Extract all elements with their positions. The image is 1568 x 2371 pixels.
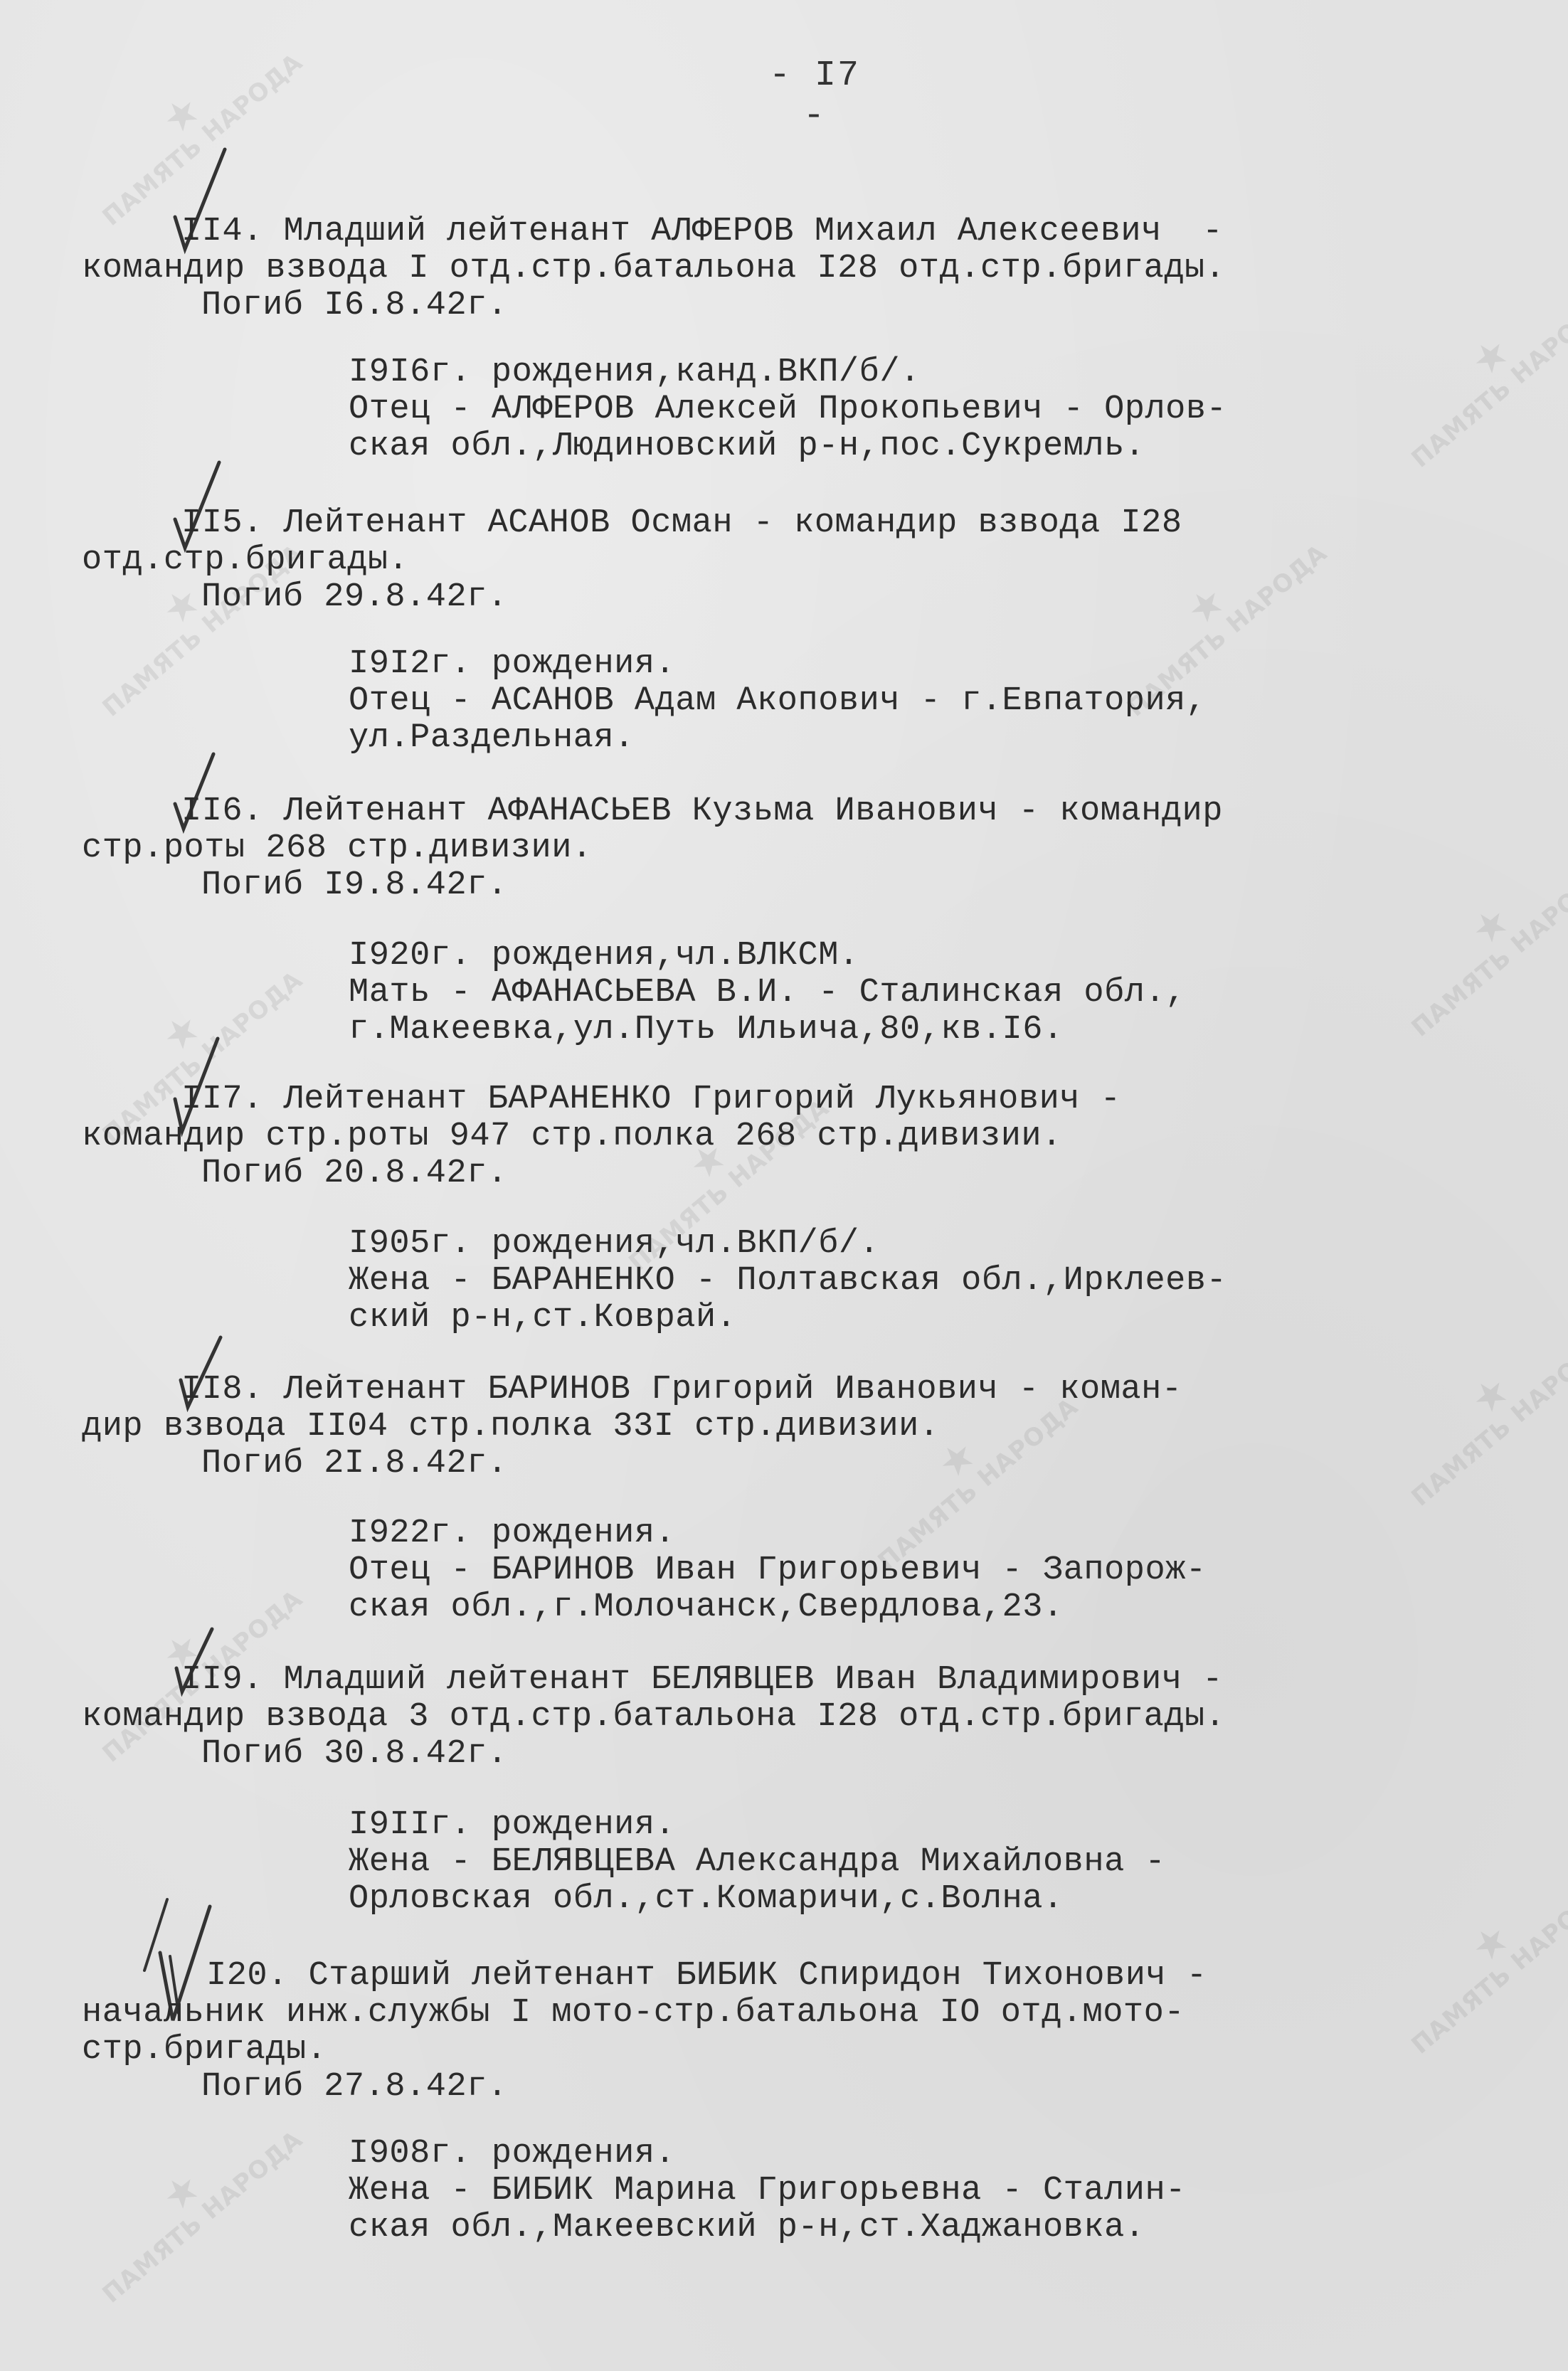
entry-heading: II7. Лейтенант БАРАНЕНКО Григорий Лукьян… bbox=[181, 1081, 1121, 1118]
entry-position-continued: стр.бригады. bbox=[82, 2032, 327, 2069]
entry-heading: II6. Лейтенант АФАНАСЬЕВ Кузьма Иванович… bbox=[181, 793, 1223, 830]
entry-position: командир взвода I отд.стр.батальона I28 … bbox=[82, 250, 1225, 287]
entry-relative: Жена - БАРАНЕНКО - Полтавская обл.,Иркле… bbox=[349, 1263, 1227, 1300]
entry-position: начальник инж.службы I мото-стр.батальон… bbox=[82, 1995, 1185, 2032]
entry-birth: I922г. рождения. bbox=[349, 1515, 675, 1552]
entry-heading: II8. Лейтенант БАРИНОВ Григорий Иванович… bbox=[181, 1372, 1182, 1409]
entry-relative: Мать - АФАНАСЬЕВА В.И. - Сталинская обл.… bbox=[349, 975, 1186, 1012]
entry-position: отд.стр.бригады. bbox=[82, 542, 408, 579]
entry-birth: I9I6г. рождения,канд.ВКП/б/. bbox=[349, 354, 921, 391]
entry-death-date: Погиб 27.8.42г. bbox=[201, 2069, 508, 2106]
entry-position: дир взвода II04 стр.полка 33I стр.дивизи… bbox=[82, 1409, 940, 1446]
entry-relative: Жена - БИБИК Марина Григорьевна - Сталин… bbox=[349, 2173, 1186, 2210]
entry-death-date: Погиб I9.8.42г. bbox=[201, 867, 508, 904]
entry-relative-address: ская обл.,Макеевский р-н,ст.Хаджановка. bbox=[349, 2210, 1145, 2247]
entry-heading: I20. Старший лейтенант БИБИК Спиридон Ти… bbox=[206, 1958, 1207, 1995]
entry-position: стр.роты 268 стр.дивизии. bbox=[82, 830, 593, 867]
entry-relative: Жена - БЕЛЯВЦЕВА Александра Михайловна - bbox=[349, 1844, 1165, 1881]
entry-position: командир взвода 3 отд.стр.батальона I28 … bbox=[82, 1699, 1225, 1736]
entry-relative-address: ская обл.,Людиновский р-н,пос.Сукремль. bbox=[349, 428, 1145, 465]
entry-relative-address: Орловская обл.,ст.Комаричи,с.Волна. bbox=[349, 1881, 1064, 1918]
entry-relative-address: г.Макеевка,ул.Путь Ильича,80,кв.I6. bbox=[349, 1012, 1064, 1049]
entry-birth: I908г. рождения. bbox=[349, 2136, 675, 2173]
entry-heading: II4. Младший лейтенант АЛФЕРОВ Михаил Ал… bbox=[181, 213, 1223, 250]
entry-birth: I9IIг. рождения. bbox=[349, 1807, 675, 1844]
entry-relative-address: ская обл.,г.Молочанск,Свердлова,23. bbox=[349, 1589, 1064, 1626]
entry-relative: Отец - АЛФЕРОВ Алексей Прокопьевич - Орл… bbox=[349, 391, 1227, 428]
page-number: - I7 - bbox=[768, 55, 861, 137]
entry-birth: I905г. рождения,чл.ВКП/б/. bbox=[349, 1226, 879, 1263]
entry-relative: Отец - АСАНОВ Адам Акопович - г.Евпатори… bbox=[349, 683, 1207, 720]
entry-death-date: Погиб 2I.8.42г. bbox=[201, 1446, 508, 1482]
entry-position: командир стр.роты 947 стр.полка 268 стр.… bbox=[82, 1118, 1062, 1155]
entry-death-date: Погиб I6.8.42г. bbox=[201, 287, 508, 324]
entry-death-date: Погиб 30.8.42г. bbox=[201, 1736, 508, 1773]
entry-death-date: Погиб 20.8.42г. bbox=[201, 1155, 508, 1192]
entry-relative-address: ский р-н,ст.Коврай. bbox=[349, 1300, 736, 1337]
entry-birth: I920г. рождения,чл.ВЛКСМ. bbox=[349, 938, 859, 975]
entry-heading: II5. Лейтенант АСАНОВ Осман - командир в… bbox=[181, 505, 1182, 542]
entry-heading: II9. Младший лейтенант БЕЛЯВЦЕВ Иван Вла… bbox=[181, 1662, 1223, 1699]
entry-relative-address: ул.Раздельная. bbox=[349, 720, 635, 757]
entry-relative: Отец - БАРИНОВ Иван Григорьевич - Запоро… bbox=[349, 1552, 1207, 1589]
entry-birth: I9I2г. рождения. bbox=[349, 646, 675, 683]
entry-death-date: Погиб 29.8.42г. bbox=[201, 579, 508, 616]
